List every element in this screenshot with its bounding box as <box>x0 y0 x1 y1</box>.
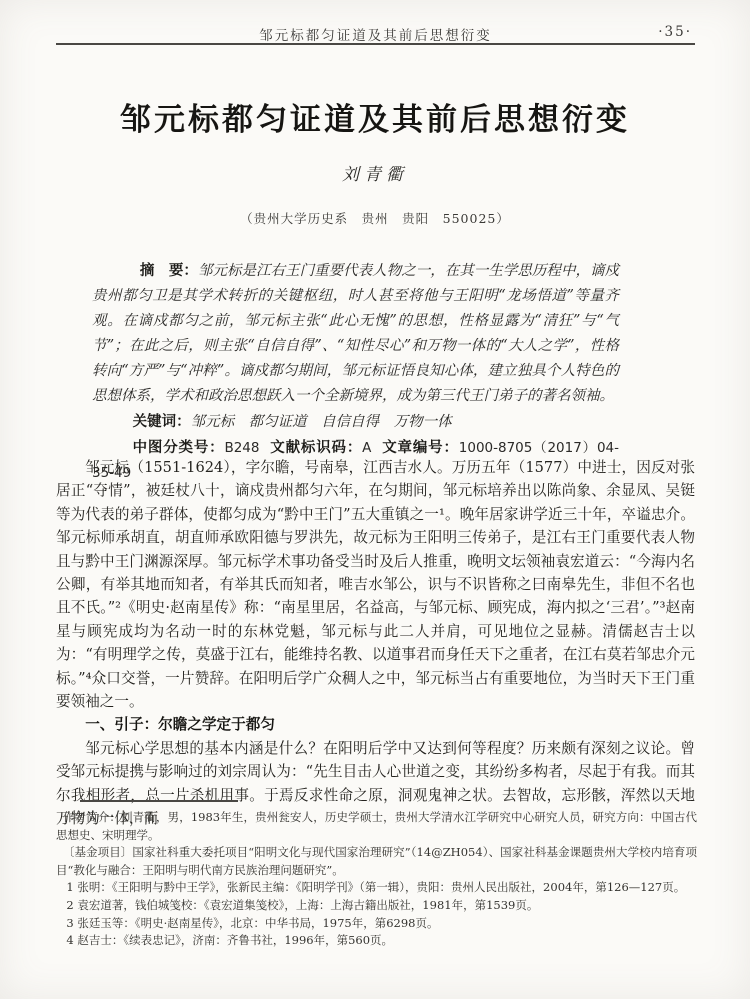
paper-page: 邹元标都匀证道及其前后思想衍变 ·35· 邹元标都匀证道及其前后思想衍变 刘青衢… <box>0 0 750 999</box>
section-heading: 一、引子：尔瞻之学定于都匀 <box>56 713 695 736</box>
footnote-item: 4 赵吉士：《续表忠记》，济南：齐鲁书社，1996年，第560页。 <box>56 932 697 950</box>
footnote-item: 1 张明：《王阳明与黔中王学》，张新民主编：《阳明学刊》（第一辑），贵阳：贵州人… <box>56 879 697 897</box>
article-title: 邹元标都匀证道及其前后思想衍变 <box>0 94 750 139</box>
clc-value: B248 <box>224 440 259 456</box>
author-affiliation: （贵州大学历史系 贵州 贵阳 550025） <box>0 209 750 227</box>
footnote-divider <box>80 800 238 802</box>
body-paragraph-1: 邹元标（1551-1624），字尔瞻，号南皋，江西吉水人。万历五年（1577）中… <box>56 456 695 713</box>
footnotes: 作者简介：刘青衢，男，1983年生，贵州瓮安人，历史学硕士，贵州大学清水江学研究… <box>56 809 697 950</box>
running-head-title: 邹元标都匀证道及其前后思想衍变 <box>56 24 695 44</box>
author-name: 刘青衢 <box>0 160 750 185</box>
abstract-paragraph: 摘 要：邹元标是江右王门重要代表人物之一，在其一生学思历程中，谪戍贵州都匀卫是其… <box>92 258 619 409</box>
abstract-text: 邹元标是江右王门重要代表人物之一，在其一生学思历程中，谪戍贵州都匀卫是其学术转折… <box>92 263 619 404</box>
article-body: 邹元标（1551-1624），字尔瞻，号南皋，江西吉水人。万历五年（1577）中… <box>56 456 695 831</box>
keywords-text: 邹元标 都匀证道 自信自得 万物一体 <box>191 414 452 430</box>
keywords-label: 关键词： <box>133 413 191 430</box>
footnote-author-bio: 作者简介：刘青衢，男，1983年生，贵州瓮安人，历史学硕士，贵州大学清水江学研究… <box>56 809 697 844</box>
doc-code-value: A <box>362 440 371 456</box>
header-rule <box>56 43 695 45</box>
keywords-line: 关键词：邹元标 都匀证道 自信自得 万物一体 <box>92 409 619 435</box>
doc-code-label: 文献标识码： <box>269 439 362 456</box>
footnote-item: 3 张廷玉等：《明史·赵南星传》，北京：中华书局，1975年，第6298页。 <box>56 915 697 933</box>
front-matter: 摘 要：邹元标是江右王门重要代表人物之一，在其一生学思历程中，谪戍贵州都匀卫是其… <box>92 258 619 486</box>
abstract-label: 摘 要： <box>140 262 198 279</box>
page-number: ·35· <box>658 24 692 40</box>
clc-label: 中图分类号： <box>133 439 225 456</box>
article-id-label: 文章编号： <box>381 439 458 456</box>
footnote-item: 2 袁宏道著，钱伯城笺校：《袁宏道集笺校》，上海：上海古籍出版社，1981年，第… <box>56 897 697 915</box>
footnote-fund-project: 〔基金项目〕国家社科重大委托项目“阳明文化与现代国家治理研究”（14@ZH054… <box>56 844 697 879</box>
